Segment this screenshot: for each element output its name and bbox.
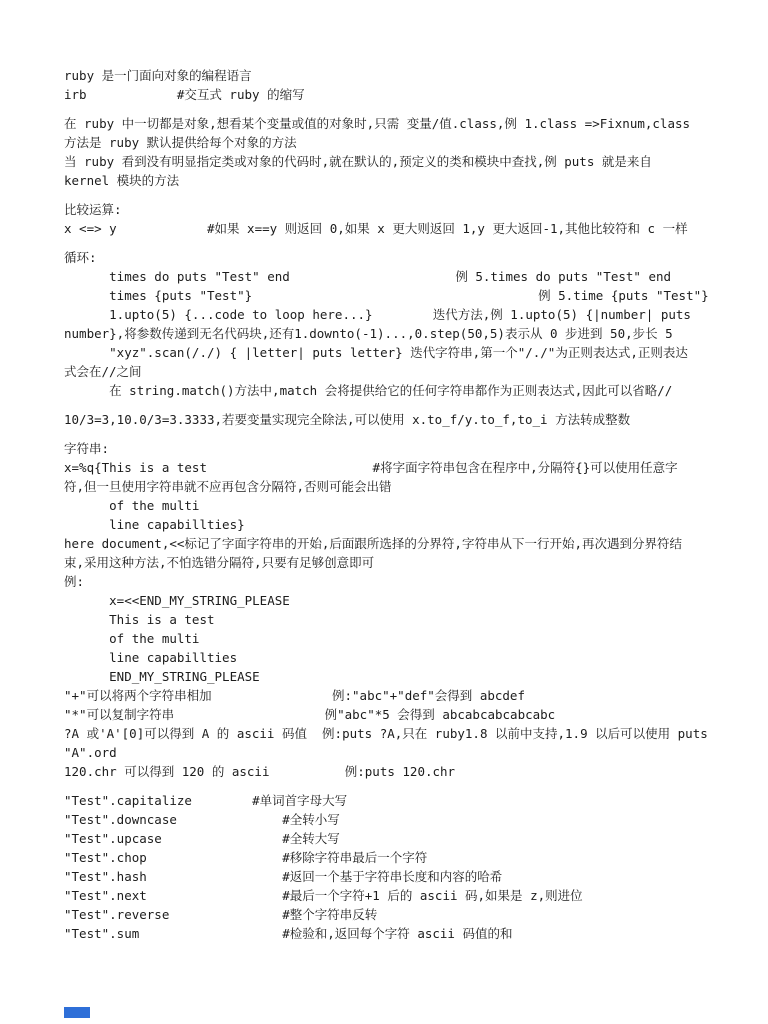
document-page: ruby 是一门面向对象的编程语言irb #交互式 ruby 的缩写在 ruby… [0, 0, 768, 1024]
text-line: 10/3=3,10.0/3=3.3333,若要变量实现完全除法,可以使用 x.t… [64, 410, 748, 429]
text-line: "Test".next #最后一个字符+1 后的 ascii 码,如果是 z,则… [64, 886, 748, 905]
text-line: 方法是 ruby 默认提供给每个对象的方法 [64, 133, 748, 152]
page-marker [64, 1007, 90, 1018]
text-line: 当 ruby 看到没有明显指定类或对象的代码时,就在默认的,预定义的类和模块中查… [64, 152, 748, 171]
text-line [64, 238, 748, 248]
text-line: "Test".chop #移除字符串最后一个字符 [64, 848, 748, 867]
text-line: "Test".hash #返回一个基于字符串长度和内容的哈希 [64, 867, 748, 886]
text-line: "*"可以复制字符串 例"abc"*5 会得到 abcabcabcabcabc [64, 705, 748, 724]
text-line: line capabillties} [64, 515, 748, 534]
text-line: of the multi [64, 629, 748, 648]
text-line: 1.upto(5) {...code to loop here...} 迭代方法… [64, 305, 748, 324]
text-line: 例: [64, 572, 748, 591]
text-line: times {puts "Test"} 例 5.time {puts "Test… [64, 286, 748, 305]
text-line: times do puts "Test" end 例 5.times do pu… [64, 267, 748, 286]
text-line: 在 ruby 中一切都是对象,想看某个变量或值的对象时,只需 变量/值.clas… [64, 114, 748, 133]
text-line: irb #交互式 ruby 的缩写 [64, 85, 748, 104]
text-line: "+"可以将两个字符串相加 例:"abc"+"def"会得到 abcdef [64, 686, 748, 705]
text-line: 字符串: [64, 439, 748, 458]
text-line: ?A 或'A'[0]可以得到 A 的 ascii 码值 例:puts ?A,只在… [64, 724, 748, 743]
text-line: END_MY_STRING_PLEASE [64, 667, 748, 686]
text-line: 式会在//之间 [64, 362, 748, 381]
text-line: "Test".downcase #全转小写 [64, 810, 748, 829]
text-line: here document,<<标记了字面字符串的开始,后面跟所选择的分界符,字… [64, 534, 748, 553]
text-line [64, 104, 748, 114]
text-line: x=%q{This is a test #将字面字符串包含在程序中,分隔符{}可… [64, 458, 748, 477]
text-line: 束,采用这种方法,不怕选错分隔符,只要有足够创意即可 [64, 553, 748, 572]
text-line [64, 429, 748, 439]
text-line: This is a test [64, 610, 748, 629]
text-line: kernel 模块的方法 [64, 171, 748, 190]
text-line: x <=> y #如果 x==y 则返回 0,如果 x 更大则返回 1,y 更大… [64, 219, 748, 238]
text-line: ruby 是一门面向对象的编程语言 [64, 66, 748, 85]
text-line: 循环: [64, 248, 748, 267]
text-line [64, 190, 748, 200]
text-line: x=<<END_MY_STRING_PLEASE [64, 591, 748, 610]
text-line: of the multi [64, 496, 748, 515]
text-line: "Test".reverse #整个字符串反转 [64, 905, 748, 924]
text-line: line capabillties [64, 648, 748, 667]
text-line [64, 781, 748, 791]
text-line: 在 string.match()方法中,match 会将提供给它的任何字符串都作… [64, 381, 748, 400]
text-line: "Test".capitalize #单词首字母大写 [64, 791, 748, 810]
text-line: "Test".sum #检验和,返回每个字符 ascii 码值的和 [64, 924, 748, 943]
text-line: 比较运算: [64, 200, 748, 219]
text-line: number},将参数传递到无名代码块,还有1.downto(-1)...,0.… [64, 324, 748, 343]
text-line: "Test".upcase #全转大写 [64, 829, 748, 848]
text-line: "A".ord [64, 743, 748, 762]
text-line [64, 400, 748, 410]
text-line: "xyz".scan(/./) { |letter| puts letter} … [64, 343, 748, 362]
text-line: 120.chr 可以得到 120 的 ascii 例:puts 120.chr [64, 762, 748, 781]
document-text: ruby 是一门面向对象的编程语言irb #交互式 ruby 的缩写在 ruby… [64, 66, 748, 943]
text-line: 符,但一旦使用字符串就不应再包含分隔符,否则可能会出错 [64, 477, 748, 496]
